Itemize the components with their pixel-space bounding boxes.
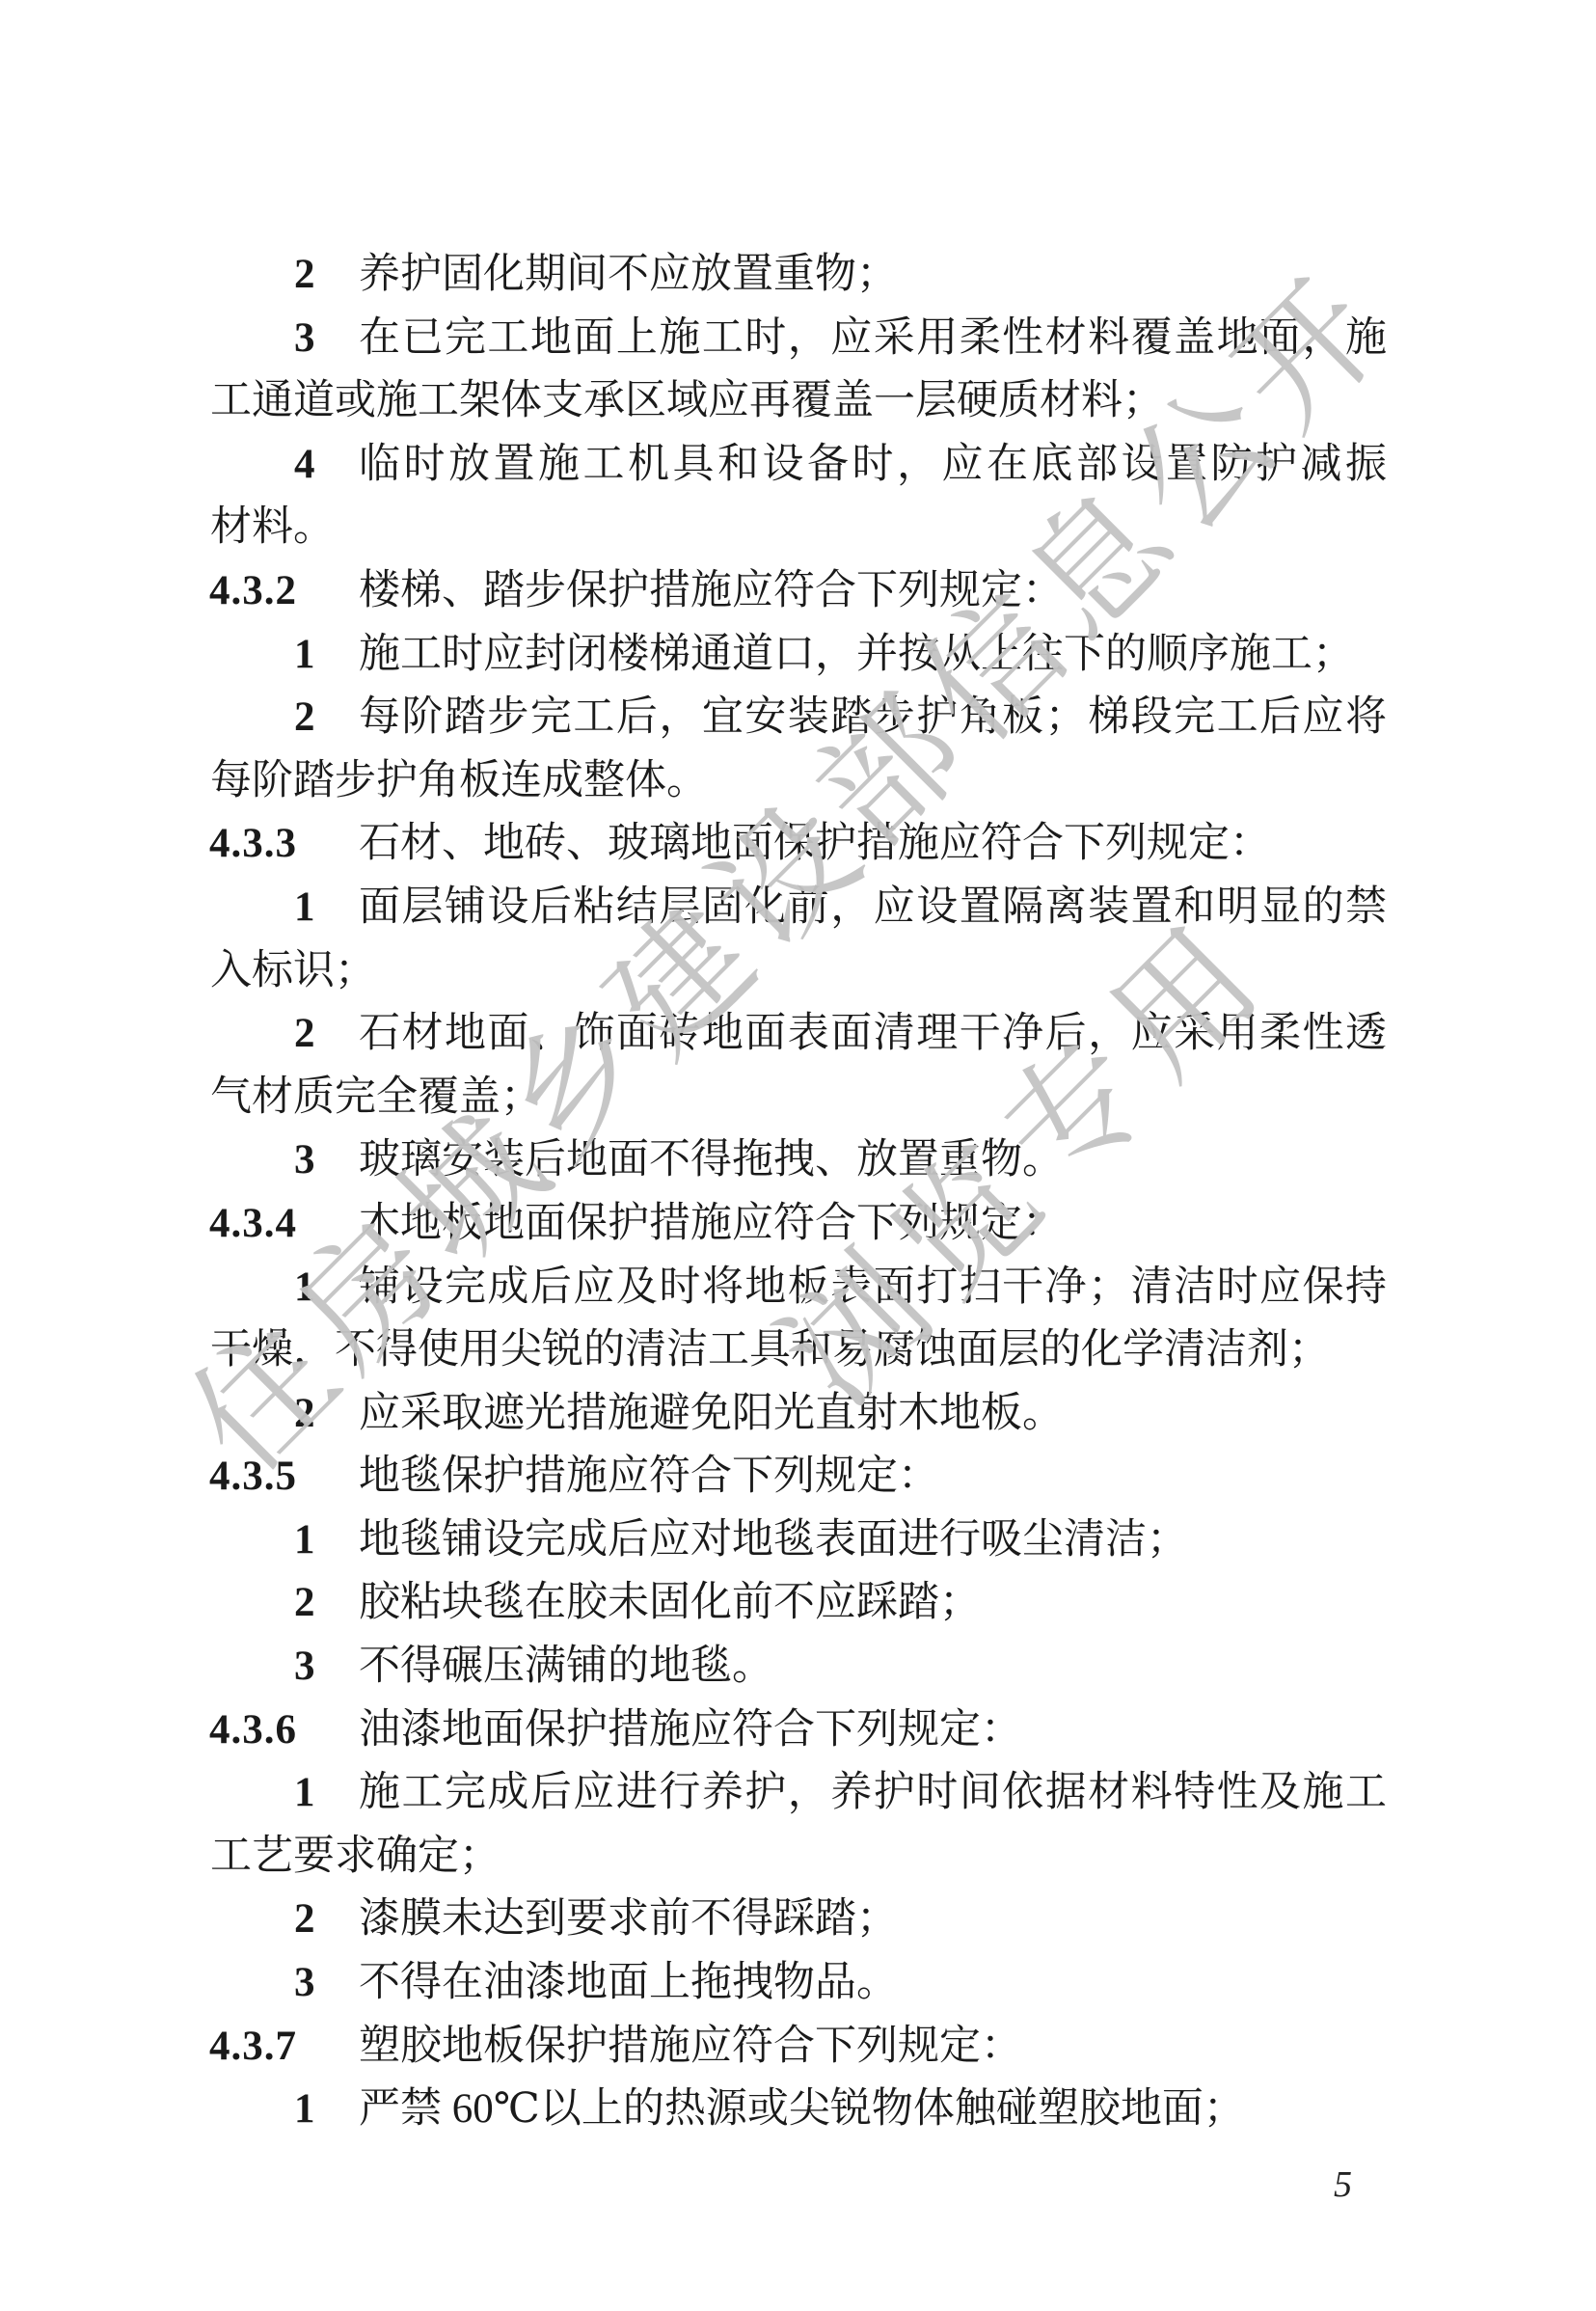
continuation-line: 干燥，不得使用尖锐的清洁工具和易腐蚀面层的化学清洁剂； [210, 1319, 1387, 1382]
section-heading: 4.3.7 塑胶地板保护措施应符合下列规定： [210, 2015, 1387, 2079]
list-item: 3 不得碾压满铺的地毯。 [210, 1635, 1387, 1699]
section-heading: 4.3.3 石材、地砖、玻璃地面保护措施应符合下列规定： [210, 812, 1387, 876]
continuation-line: 每阶踏步护角板连成整体。 [210, 749, 1387, 813]
list-item: 3 在已完工地面上施工时，应采用柔性材料覆盖地面，施 [210, 307, 1387, 370]
continuation-line: 材料。 [210, 496, 1387, 559]
item-text: 施工时应封闭楼梯通道口，并按从上往下的顺序施工； [359, 623, 1387, 687]
item-text: 每阶踏步完工后，宜安装踏步护角板；梯段完工后应将 [359, 686, 1387, 749]
list-item: 2 每阶踏步完工后，宜安装踏步护角板；梯段完工后应将 [210, 686, 1387, 749]
item-number: 3 [294, 1128, 315, 1192]
section-title: 石材、地砖、玻璃地面保护措施应符合下列规定： [359, 812, 1387, 876]
list-item: 2 养护固化期间不应放置重物； [210, 243, 1387, 307]
list-item: 1 铺设完成后应及时将地板表面打扫干净；清洁时应保持 [210, 1256, 1387, 1319]
section-title: 油漆地面保护措施应符合下列规定： [359, 1699, 1387, 1762]
section-number: 4.3.2 [209, 559, 297, 623]
section-title: 塑胶地板保护措施应符合下列规定： [359, 2015, 1387, 2079]
list-item: 1 施工时应封闭楼梯通道口，并按从上往下的顺序施工； [210, 623, 1387, 687]
continuation-line: 入标识； [210, 939, 1387, 1003]
item-text: 严禁 60℃以上的热源或尖锐物体触碰塑胶地面； [359, 2078, 1387, 2141]
item-number: 1 [294, 1256, 315, 1319]
item-number: 1 [294, 1509, 315, 1572]
section-number: 4.3.6 [209, 1699, 297, 1762]
item-text: 临时放置施工机具和设备时，应在底部设置防护减振 [359, 433, 1387, 497]
item-number: 2 [294, 1002, 315, 1066]
section-number: 4.3.4 [209, 1192, 297, 1256]
section-heading: 4.3.2 楼梯、踏步保护措施应符合下列规定： [210, 559, 1387, 623]
list-item: 1 面层铺设后粘结层固化前，应设置隔离装置和明显的禁 [210, 876, 1387, 939]
item-text: 铺设完成后应及时将地板表面打扫干净；清洁时应保持 [359, 1256, 1387, 1319]
item-text: 面层铺设后粘结层固化前，应设置隔离装置和明显的禁 [359, 876, 1387, 939]
item-text: 不得碾压满铺的地毯。 [359, 1635, 1387, 1699]
item-text: 干燥，不得使用尖锐的清洁工具和易腐蚀面层的化学清洁剂； [210, 1319, 1387, 1382]
continuation-line: 工通道或施工架体支承区域应再覆盖一层硬质材料； [210, 369, 1387, 433]
document-body: 2 养护固化期间不应放置重物； 3 在已完工地面上施工时，应采用柔性材料覆盖地面… [210, 243, 1387, 2141]
item-text: 地毯铺设完成后应对地毯表面进行吸尘清洁； [359, 1509, 1387, 1572]
list-item: 3 玻璃安装后地面不得拖拽、放置重物。 [210, 1128, 1387, 1192]
list-item: 2 胶粘块毯在胶未固化前不应踩踏； [210, 1571, 1387, 1635]
item-number: 4 [294, 433, 315, 497]
item-text: 应采取遮光措施避免阳光直射木地板。 [359, 1382, 1387, 1446]
item-number: 2 [294, 686, 315, 749]
section-number: 4.3.7 [209, 2015, 297, 2079]
item-number: 2 [294, 1571, 315, 1635]
document-page: 2 养护固化期间不应放置重物； 3 在已完工地面上施工时，应采用柔性材料覆盖地面… [0, 0, 1596, 2311]
item-text: 石材地面、饰面砖地面表面清理干净后，应采用柔性透 [359, 1002, 1387, 1066]
item-text: 玻璃安装后地面不得拖拽、放置重物。 [359, 1128, 1387, 1192]
item-number: 1 [294, 1761, 315, 1825]
list-item: 1 地毯铺设完成后应对地毯表面进行吸尘清洁； [210, 1509, 1387, 1572]
list-item: 2 石材地面、饰面砖地面表面清理干净后，应采用柔性透 [210, 1002, 1387, 1066]
list-item: 2 漆膜未达到要求前不得踩踏； [210, 1888, 1387, 1951]
section-number: 4.3.5 [209, 1445, 297, 1509]
section-heading: 4.3.5 地毯保护措施应符合下列规定： [210, 1445, 1387, 1509]
item-number: 1 [294, 2078, 315, 2141]
section-title: 楼梯、踏步保护措施应符合下列规定： [359, 559, 1387, 623]
list-item: 1 施工完成后应进行养护，养护时间依据材料特性及施工 [210, 1761, 1387, 1825]
item-text: 不得在油漆地面上拖拽物品。 [359, 1951, 1387, 2015]
page-number: 5 [1334, 2163, 1352, 2206]
item-text: 在已完工地面上施工时，应采用柔性材料覆盖地面，施 [359, 307, 1387, 370]
list-item: 1 严禁 60℃以上的热源或尖锐物体触碰塑胶地面； [210, 2078, 1387, 2141]
section-title: 地毯保护措施应符合下列规定： [359, 1445, 1387, 1509]
item-text: 胶粘块毯在胶未固化前不应踩踏； [359, 1571, 1387, 1635]
section-number: 4.3.3 [209, 812, 297, 876]
item-number: 3 [294, 1951, 315, 2015]
section-heading: 4.3.4 木地板地面保护措施应符合下列规定： [210, 1192, 1387, 1256]
item-text: 养护固化期间不应放置重物； [359, 243, 1387, 307]
item-number: 3 [294, 1635, 315, 1699]
item-text: 每阶踏步护角板连成整体。 [210, 749, 1387, 813]
item-text: 漆膜未达到要求前不得踩踏； [359, 1888, 1387, 1951]
continuation-line: 工艺要求确定； [210, 1825, 1387, 1889]
list-item: 4 临时放置施工机具和设备时，应在底部设置防护减振 [210, 433, 1387, 497]
continuation-line: 气材质完全覆盖； [210, 1066, 1387, 1129]
item-number: 1 [294, 876, 315, 939]
item-text: 工艺要求确定； [210, 1825, 1387, 1889]
item-text: 施工完成后应进行养护，养护时间依据材料特性及施工 [359, 1761, 1387, 1825]
item-number: 1 [294, 623, 315, 687]
list-item: 2 应采取遮光措施避免阳光直射木地板。 [210, 1382, 1387, 1446]
item-number: 2 [294, 1888, 315, 1951]
section-title: 木地板地面保护措施应符合下列规定： [359, 1192, 1387, 1256]
item-text: 材料。 [210, 496, 1387, 559]
item-number: 2 [294, 243, 315, 307]
item-text: 入标识； [210, 939, 1387, 1003]
item-text: 工通道或施工架体支承区域应再覆盖一层硬质材料； [210, 369, 1387, 433]
list-item: 3 不得在油漆地面上拖拽物品。 [210, 1951, 1387, 2015]
section-heading: 4.3.6 油漆地面保护措施应符合下列规定： [210, 1699, 1387, 1762]
item-number: 2 [294, 1382, 315, 1446]
item-number: 3 [294, 307, 315, 370]
item-text: 气材质完全覆盖； [210, 1066, 1387, 1129]
